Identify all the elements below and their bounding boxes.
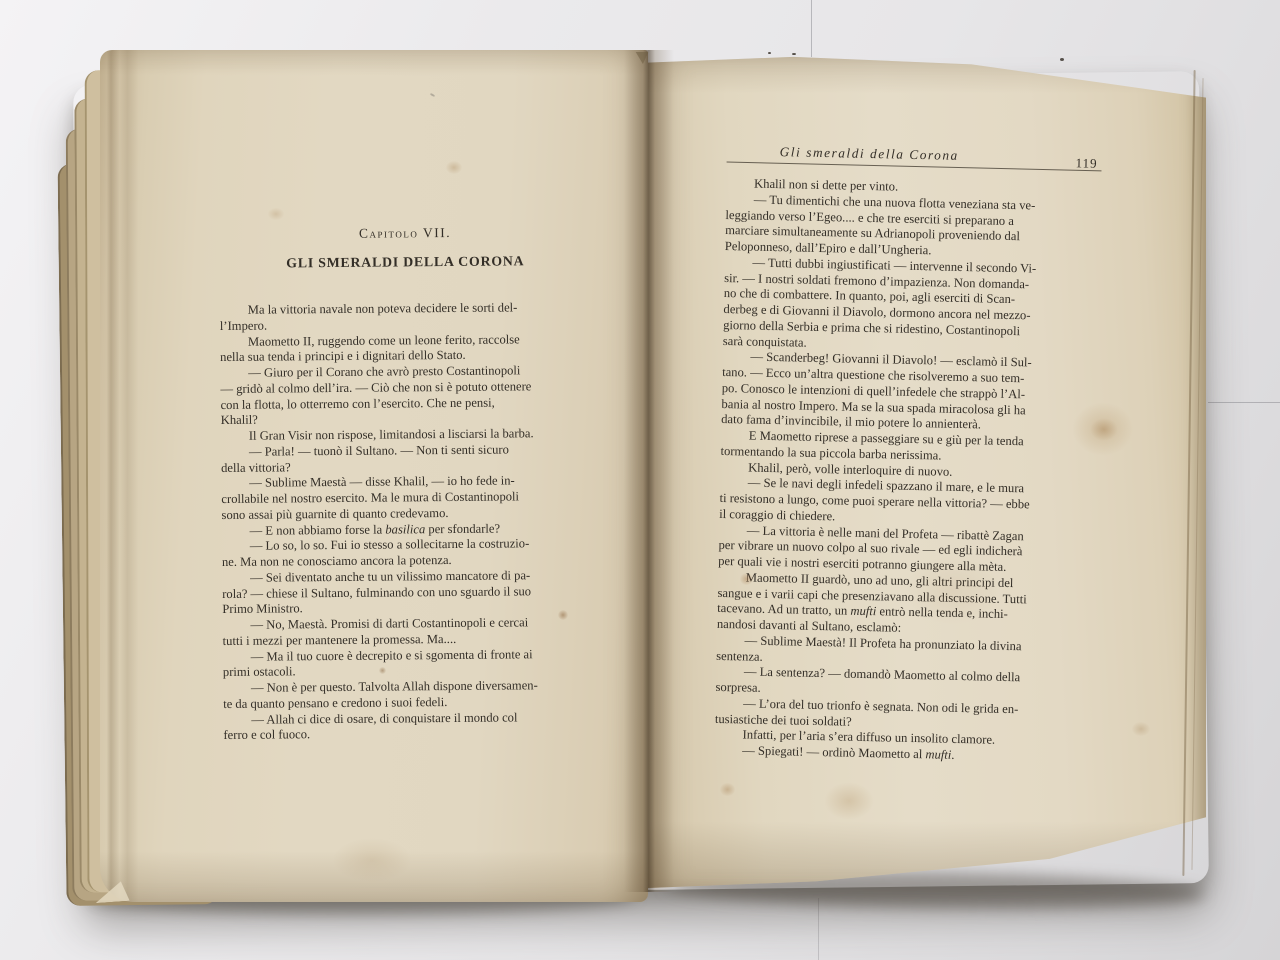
italic-word: basilica [385,522,425,536]
edge-speck [1060,58,1064,61]
left-page-text: Capitolo VII. GLI SMERALDI DELLA CORONA … [219,224,595,744]
paper-seam-bottom [818,898,819,960]
book-photo: Capitolo VII. GLI SMERALDI DELLA CORONA … [0,0,1280,960]
right-page-text: Gli smeraldi della Corona 119 Khalil non… [714,142,1102,766]
paper-seam-top [811,0,812,57]
paper-seam-right [1208,402,1280,403]
text-line: ferro e col fuoco. [223,725,595,744]
italic-word: mufti [850,604,876,619]
italic-word: mufti [925,747,951,762]
edge-speck [768,52,771,54]
right-page-body: Khalil non si dette per vinto.— Tu dimen… [714,176,1101,766]
edge-speck [792,53,796,55]
chapter-title: GLI SMERALDI DELLA CORONA [219,252,591,273]
left-page-body: Ma la vittoria navale non poteva decider… [220,300,596,744]
chapter-heading: Capitolo VII. [219,224,591,243]
book-gutter [624,50,674,892]
